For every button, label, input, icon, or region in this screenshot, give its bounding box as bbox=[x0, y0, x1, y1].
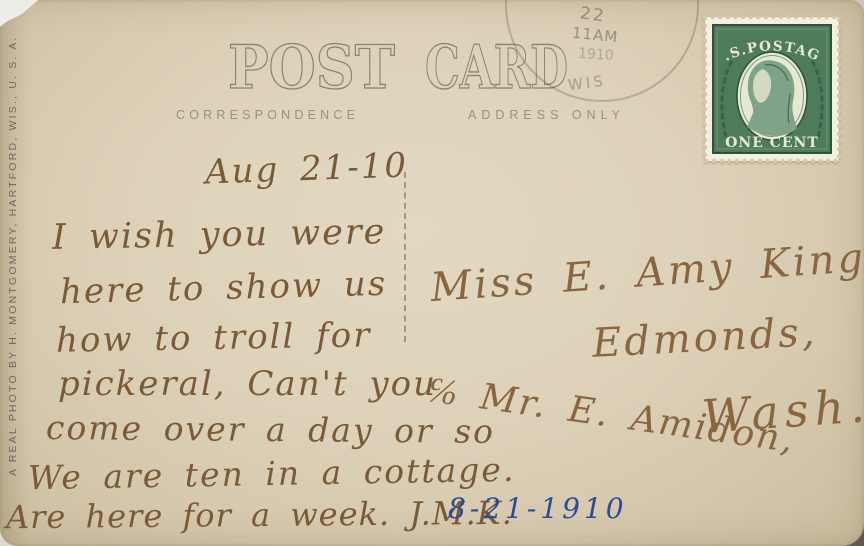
side-caption: A REAL PHOTO BY H. MONTGOMERY, HARTFORD,… bbox=[7, 30, 19, 476]
date-annotation: 8-21-1910 bbox=[448, 492, 628, 525]
postage-stamp: U.S.POSTAGE ONE CENT bbox=[703, 15, 841, 163]
postcard-back: A REAL PHOTO BY H. MONTGOMERY, HARTFORD,… bbox=[0, 0, 864, 546]
message-line-3: here to show us bbox=[60, 267, 388, 310]
scanned-postcard-photo: A REAL PHOTO BY H. MONTGOMERY, HARTFORD,… bbox=[0, 0, 864, 546]
message-line-4: how to troll for bbox=[56, 318, 372, 358]
message-line-8: Are here for a week. J.M.K. bbox=[6, 497, 513, 533]
correspondence-label: CORRESPONDENCE bbox=[176, 108, 359, 122]
divider-line bbox=[404, 172, 406, 342]
message-line-5: pickeral, Can't you bbox=[58, 367, 437, 401]
address-line-2: Edmonds, bbox=[591, 312, 818, 364]
message-line-1: Aug 21-10 bbox=[204, 148, 408, 189]
message-line-7: We are ten in a cottage. bbox=[28, 453, 516, 495]
message-line-6: come over a day or so bbox=[46, 411, 495, 448]
postmark-day: 22 bbox=[579, 3, 607, 26]
postmark-year: 1910 bbox=[577, 46, 614, 64]
stamp-bottom-text: ONE CENT bbox=[725, 135, 819, 151]
message-line-2: I wish you were bbox=[52, 215, 387, 256]
address-only-label: ADDRESS ONLY bbox=[468, 108, 625, 122]
title-word-post: POST bbox=[228, 33, 395, 103]
address-line-4: Wash. bbox=[701, 382, 864, 440]
address-line-1: Miss E. Amy Kingdon bbox=[429, 232, 864, 308]
